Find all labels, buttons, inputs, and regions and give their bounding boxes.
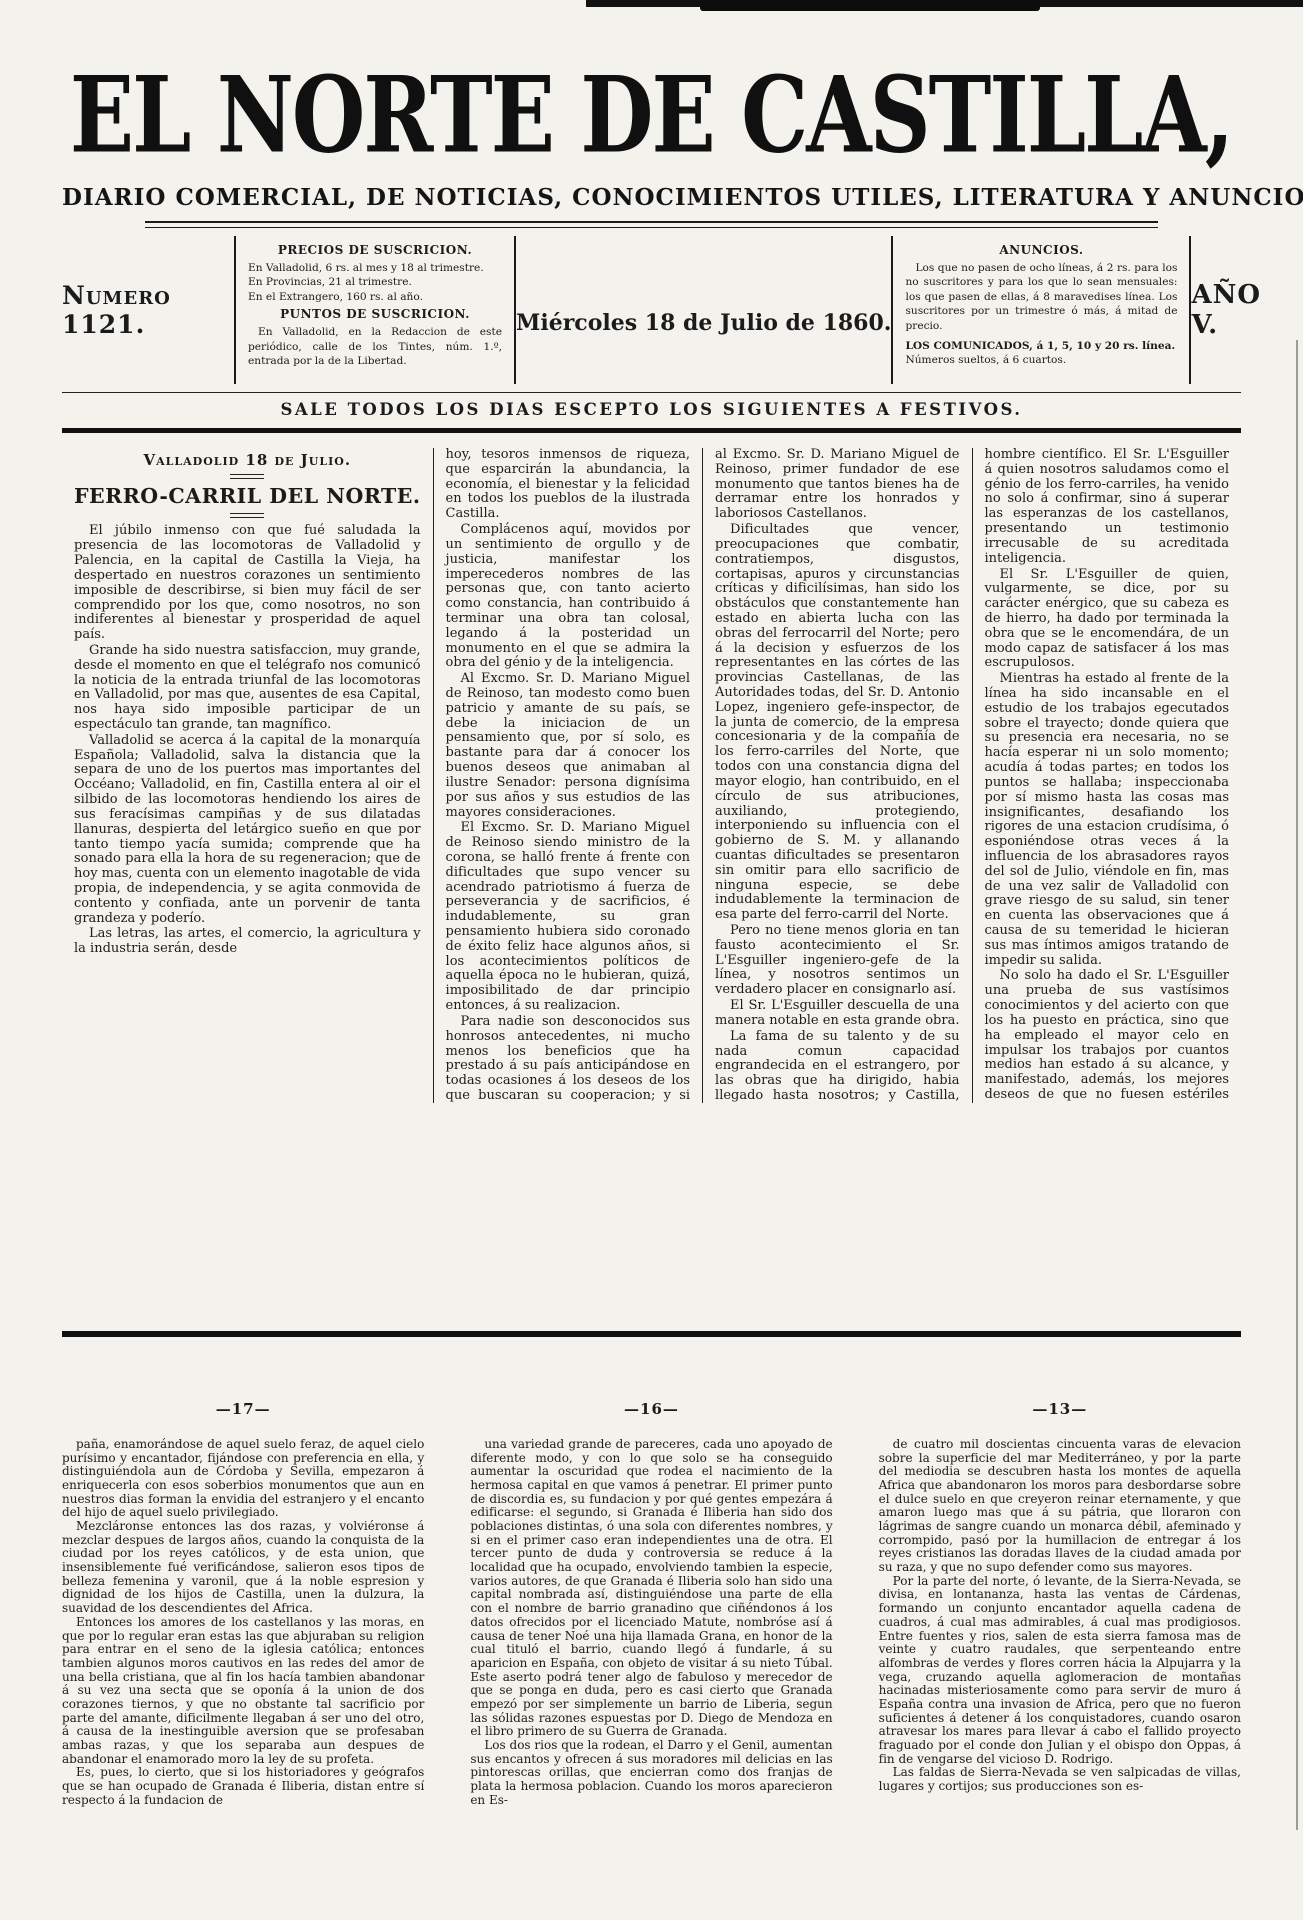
subscription-price-lines: En Valladolid, 6 rs. al mes y 18 al trim…: [248, 261, 502, 305]
announcements-comunicados: LOS COMUNICADOS, á 1, 5, 10 y 20 rs. lín…: [905, 339, 1177, 354]
folletin-page-number: —13—: [879, 1401, 1241, 1418]
year-label: AÑO V.: [1191, 280, 1261, 340]
article-paragraph: hombre científico. El Sr. L'Esguiller á …: [985, 448, 1229, 567]
folletin-paragraph: Mezcláronse entonces las dos razas, y vo…: [62, 1520, 424, 1616]
article-paragraph: Al Excmo. Sr. D. Mariano Miguel de Reino…: [446, 672, 690, 820]
article-paragraphs: hoy, tesoros inmensos de riqueza, que es…: [446, 448, 690, 1103]
article-column-1: Valladolid 18 de Julio. FERRO-CARRIL DEL…: [62, 448, 433, 1103]
subscription-price-line: En Valladolid, 6 rs. al mes y 18 al trim…: [248, 261, 502, 276]
article-paragraph: Valladolid se acerca á la capital de la …: [74, 734, 421, 927]
article-paragraph: Mientras ha estado al frente de la línea…: [985, 672, 1229, 968]
folletin-page-number: —17—: [62, 1401, 424, 1418]
article-column-2: hoy, tesoros inmensos de riqueza, que es…: [433, 448, 702, 1103]
folletin-paragraph: paña, enamorándose de aquel suelo feraz,…: [62, 1438, 424, 1520]
article-paragraph: Para nadie son desconocidos sus honrosos…: [446, 1015, 690, 1103]
article-paragraph: Las letras, las artes, el comercio, la a…: [74, 927, 421, 957]
newspaper-page: EL NORTE DE CASTILLA, DIARIO COMERCIAL, …: [0, 0, 1303, 1837]
header-row: Numero 1121. PRECIOS DE SUSCRICION. En V…: [62, 236, 1241, 384]
masthead: EL NORTE DE CASTILLA,: [62, 42, 1241, 166]
folletin-column-2: —16— una variedad grande de pareceres, c…: [470, 1401, 832, 1807]
issue-number: Numero 1121.: [62, 281, 234, 339]
article-column-4: hombre científico. El Sr. L'Esguiller á …: [972, 448, 1241, 1103]
article-dateline: Valladolid 18 de Julio.: [74, 452, 421, 469]
main-article: Valladolid 18 de Julio. FERRO-CARRIL DEL…: [62, 448, 1241, 1103]
article-paragraphs: El júbilo inmenso con que fué saludada l…: [74, 524, 421, 957]
article-paragraph: al Excmo. Sr. D. Mariano Miguel de Reino…: [715, 448, 959, 522]
article-paragraph: La fama de su talento y de su nada comun…: [715, 1030, 959, 1103]
folletin-column-3: —13— de cuatro mil doscientas cincuenta …: [879, 1401, 1241, 1807]
announcements-body: Los que no pasen de ocho líneas, á 2 rs.…: [905, 261, 1177, 334]
folletin-paragraphs: de cuatro mil doscientas cincuenta varas…: [879, 1438, 1241, 1793]
folletin-paragraph: una variedad grande de pareceres, cada u…: [470, 1438, 832, 1739]
subscription-prices-title: PRECIOS DE SUSCRICION.: [248, 242, 502, 259]
folletin-page-number: —16—: [470, 1401, 832, 1418]
article-paragraphs: hombre científico. El Sr. L'Esguiller á …: [985, 448, 1229, 1103]
folletin-section: —17— paña, enamorándose de aquel suelo f…: [62, 1401, 1241, 1807]
subscription-points-title: PUNTOS DE SUSCRICION.: [248, 306, 502, 323]
section-divider: [62, 1331, 1241, 1337]
ornament-rule: [230, 474, 264, 479]
article-paragraph: Dificultades que vencer, preocupaciones …: [715, 523, 959, 923]
folletin-column-1: —17— paña, enamorándose de aquel suelo f…: [62, 1401, 424, 1807]
article-paragraph: El Sr. L'Esguiller descuella de una mane…: [715, 999, 959, 1029]
folletin-paragraph: Entonces los amores de los castellanos y…: [62, 1616, 424, 1766]
subscription-box: PRECIOS DE SUSCRICION. En Valladolid, 6 …: [234, 236, 516, 384]
article-paragraphs: al Excmo. Sr. D. Mariano Miguel de Reino…: [715, 448, 959, 1103]
masthead-rule: [145, 221, 1159, 228]
article-paragraph: Complácenos aquí, movidos por un sentimi…: [446, 523, 690, 671]
announcements-title: ANUNCIOS.: [905, 242, 1177, 259]
article-paragraph: Pero no tiene menos gloria en tan fausto…: [715, 924, 959, 998]
subscription-points-body: En Valladolid, en la Redaccion de este p…: [248, 325, 502, 369]
subscription-price-line: En el Extrangero, 160 rs. al año.: [248, 290, 502, 305]
folletin-paragraphs: paña, enamorándose de aquel suelo feraz,…: [62, 1438, 424, 1807]
folletin-paragraph: de cuatro mil doscientas cincuenta varas…: [879, 1438, 1241, 1575]
folletin-paragraph: Por la parte del norte, ó levante, de la…: [879, 1575, 1241, 1766]
folletin-paragraph: Las faldas de Sierra-Nevada se ven salpi…: [879, 1766, 1241, 1793]
ornament-rule: [230, 513, 264, 518]
announcements-box: ANUNCIOS. Los que no pasen de ocho línea…: [891, 236, 1191, 384]
article-column-3: al Excmo. Sr. D. Mariano Miguel de Reino…: [702, 448, 971, 1103]
article-title: FERRO-CARRIL DEL NORTE.: [74, 485, 421, 508]
article-paragraph: El Excmo. Sr. D. Mariano Miguel de Reino…: [446, 821, 690, 1014]
date-cell: Miércoles 18 de Julio de 1860.: [516, 236, 891, 384]
year-cell: AÑO V.: [1191, 236, 1261, 384]
publish-note-rule-top: [62, 392, 1241, 393]
article-paragraph: El Sr. L'Esguiller de quien, vulgarmente…: [985, 568, 1229, 672]
folletin-paragraph: Es, pues, lo cierto, que si los historia…: [62, 1766, 424, 1807]
publish-note-rule-bottom: [62, 428, 1241, 433]
issue-date: Miércoles 18 de Julio de 1860.: [516, 310, 891, 336]
article-paragraph: El júbilo inmenso con que fué saludada l…: [74, 524, 421, 643]
folletin-paragraph: Los dos rios que la rodean, el Darro y e…: [470, 1739, 832, 1807]
issue-number-cell: Numero 1121.: [62, 236, 234, 384]
masthead-title: EL NORTE DE CASTILLA,: [70, 66, 1232, 166]
article-paragraph: Grande ha sido nuestra satisfaccion, muy…: [74, 644, 421, 733]
subscription-price-line: En Provincias, 21 al trimestre.: [248, 275, 502, 290]
article-paragraph: hoy, tesoros inmensos de riqueza, que es…: [446, 448, 690, 522]
publish-note: SALE TODOS LOS DIAS ESCEPTO LOS SIGUIENT…: [62, 400, 1241, 419]
masthead-subtitle: DIARIO COMERCIAL, DE NOTICIAS, CONOCIMIE…: [62, 184, 1241, 211]
folletin-paragraphs: una variedad grande de pareceres, cada u…: [470, 1438, 832, 1807]
announcements-sueltos: Números sueltos, á 6 cuartos.: [905, 353, 1177, 368]
article-paragraph: No solo ha dado el Sr. L'Esguiller una p…: [985, 969, 1229, 1103]
